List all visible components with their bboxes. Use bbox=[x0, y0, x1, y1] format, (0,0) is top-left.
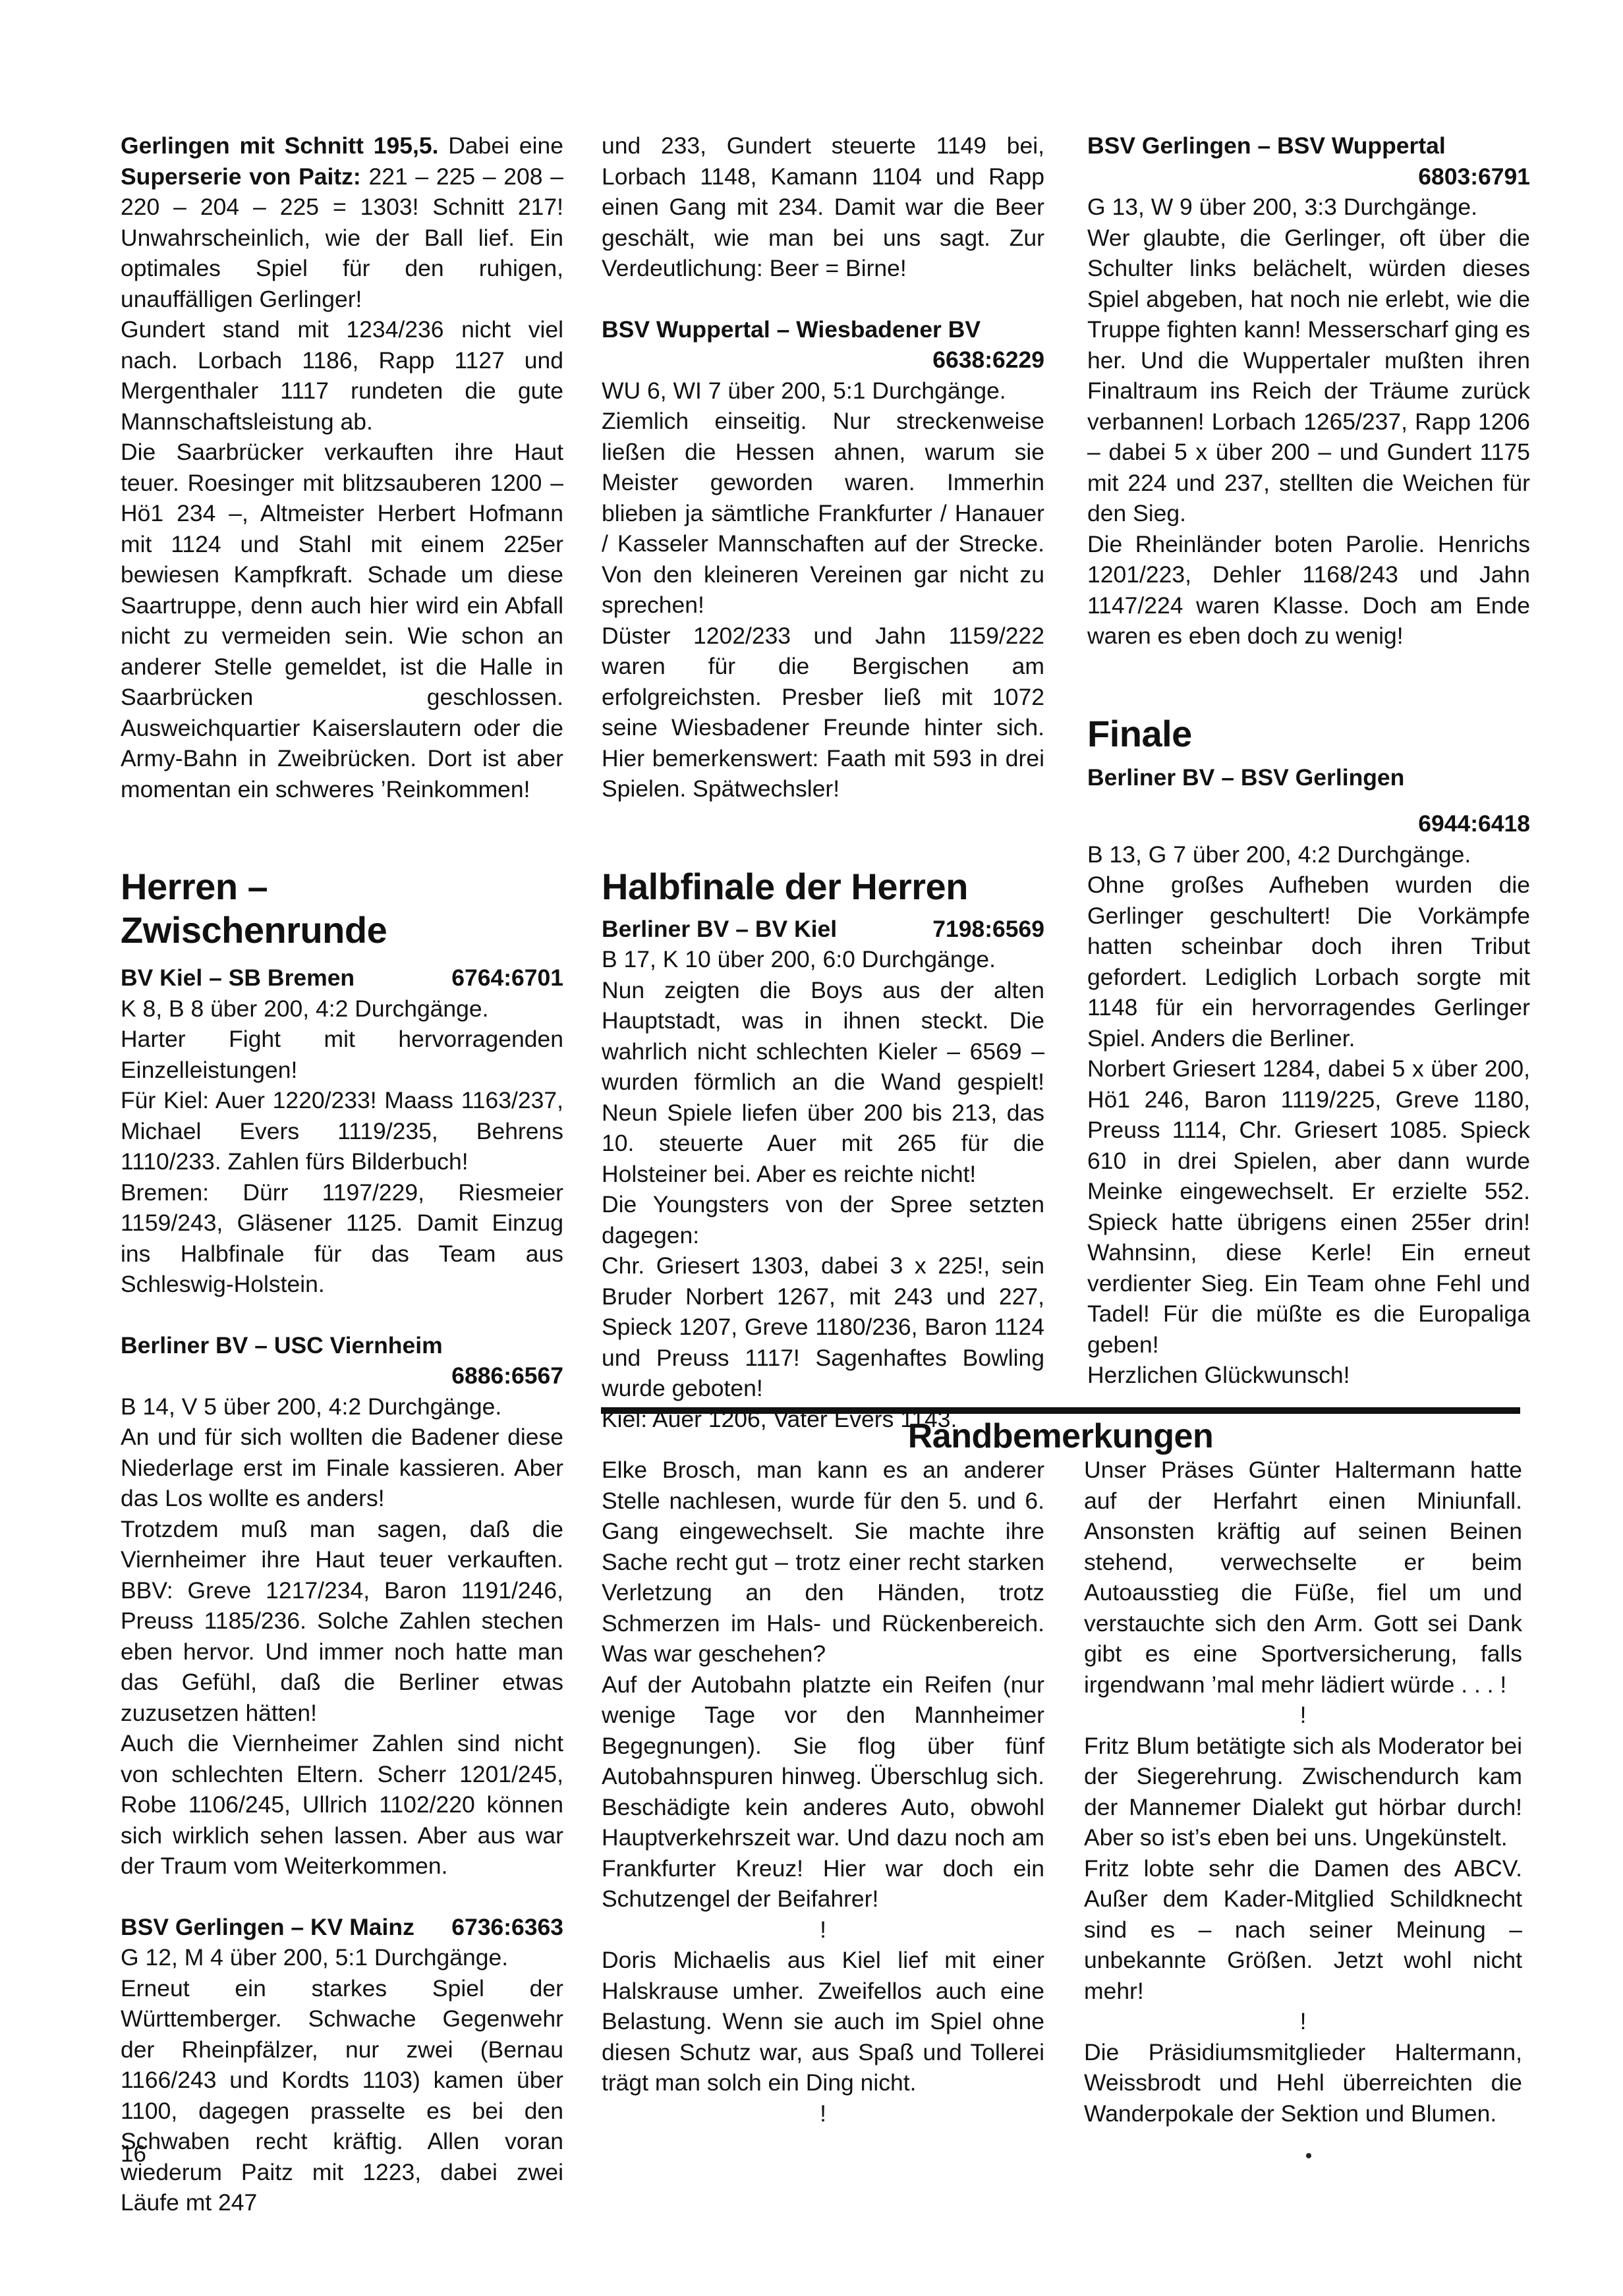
match-teams: BSV Gerlingen – KV Mainz bbox=[121, 1912, 414, 1943]
exclamation-separator: ! bbox=[602, 1915, 1044, 1946]
match-header: Berliner BV – BV Kiel7198:6569 bbox=[602, 914, 1044, 945]
paragraph: Doris Michaelis aus Kiel lief mit einer … bbox=[602, 1945, 1044, 2098]
section-title-randbemerkungen: Randbemerkungen bbox=[601, 1415, 1520, 1457]
page-number: 16 bbox=[121, 2141, 146, 2168]
intro-paragraph: Gerlingen mit Schnitt 195,5. Dabei eine … bbox=[121, 130, 563, 314]
match-score: 6764:6701 bbox=[451, 963, 563, 994]
paragraph: Elke Brosch, man kann es an anderer Stel… bbox=[602, 1455, 1044, 1669]
paragraph: Unser Präses Günter Haltermann hatte auf… bbox=[1084, 1455, 1522, 1700]
column-2: und 233, Gundert steuerte 1149 bei, Lorb… bbox=[602, 130, 1044, 1434]
section-title-finale: Finale bbox=[1087, 712, 1530, 756]
paragraph: Fritz lobte sehr die Damen des ABCV. Auß… bbox=[1084, 1853, 1522, 2007]
match-stats: B 13, G 7 über 200, 4:2 Durchgänge. bbox=[1087, 839, 1530, 870]
match-teams: BSV Wuppertal – Wiesbadener BV bbox=[602, 314, 1044, 345]
match-score: 7198:6569 bbox=[932, 914, 1044, 945]
paragraph: Erneut ein starkes Spiel der Württemberg… bbox=[121, 1973, 563, 2218]
section-divider-rule bbox=[601, 1407, 1520, 1414]
paragraph: Fritz Blum betätigte sich als Moderator … bbox=[1084, 1731, 1522, 1853]
paragraph: Norbert Griesert 1284, dabei 5 x über 20… bbox=[1087, 1053, 1530, 1360]
ink-dot bbox=[1306, 2153, 1311, 2158]
match-stats: B 17, K 10 über 200, 6:0 Durchgänge. bbox=[602, 944, 1044, 975]
paragraph: Für Kiel: Auer 1220/233! Maass 1163/237,… bbox=[121, 1085, 563, 1177]
paragraph: Ziemlich einseitig. Nur streckenweise li… bbox=[602, 406, 1044, 621]
paragraph: Die Saarbrücker verkauften ihre Haut teu… bbox=[121, 437, 563, 804]
match-header: BSV Gerlingen – KV Mainz6736:6363 bbox=[121, 1912, 563, 1943]
paragraph: Gundert stand mit 1234/236 nicht viel na… bbox=[121, 314, 563, 437]
match-stats: B 14, V 5 über 200, 4:2 Durchgänge. bbox=[121, 1391, 563, 1422]
paragraph: Die Youngsters von der Spree setzten dag… bbox=[602, 1189, 1044, 1250]
randbemerkungen-left-column: Elke Brosch, man kann es an anderer Stel… bbox=[602, 1455, 1044, 2129]
exclamation-separator: ! bbox=[1084, 1700, 1522, 1731]
match-score: 6638:6229 bbox=[602, 345, 1044, 376]
paragraph: Bremen: Dürr 1197/229, Riesmeier 1159/24… bbox=[121, 1177, 563, 1300]
paragraph: Wer glaubte, die Gerlinger, oft über die… bbox=[1087, 223, 1530, 529]
paragraph: Ohne großes Aufheben wurden die Gerlinge… bbox=[1087, 870, 1530, 1053]
paragraph: An und für sich wollten die Badener dies… bbox=[121, 1422, 563, 1514]
paragraph: Chr. Griesert 1303, dabei 3 x 225!, sein… bbox=[602, 1250, 1044, 1404]
paragraph: und 233, Gundert steuerte 1149 bei, Lorb… bbox=[602, 130, 1044, 284]
paragraph: Harter Fight mit hervorragenden Einzelle… bbox=[121, 1024, 563, 1085]
match-stats: K 8, B 8 über 200, 4:2 Durchgänge. bbox=[121, 994, 563, 1024]
exclamation-separator: ! bbox=[602, 2098, 1044, 2129]
section-title-zwischenrunde: Herren –Zwischenrunde bbox=[121, 865, 563, 952]
section-title-halbfinale: Halbfinale der Herren bbox=[602, 865, 1044, 909]
match-header: BV Kiel – SB Bremen6764:6701 bbox=[121, 963, 563, 994]
match-score: 6736:6363 bbox=[451, 1912, 563, 1943]
paragraph: Die Präsidiumsmitglieder Haltermann, Wei… bbox=[1084, 2037, 1522, 2129]
intro-bold-1: Gerlingen mit Schnitt 195,5. bbox=[121, 132, 438, 159]
column-1: Gerlingen mit Schnitt 195,5. Dabei eine … bbox=[121, 130, 563, 2218]
paragraph: Trotzdem muß man sagen, daß die Viernhei… bbox=[121, 1514, 563, 1729]
match-teams: BV Kiel – SB Bremen bbox=[121, 963, 355, 994]
exclamation-separator: ! bbox=[1084, 2006, 1522, 2037]
match-teams: Berliner BV – BSV Gerlingen bbox=[1087, 762, 1530, 793]
match-teams: Berliner BV – USC Viernheim bbox=[121, 1330, 563, 1361]
paragraph: Die Rheinländer boten Parolie. Henrichs … bbox=[1087, 529, 1530, 652]
paragraph: Auch die Viernheimer Zahlen sind nicht v… bbox=[121, 1728, 563, 1882]
paragraph: Auf der Autobahn platzte ein Reifen (nur… bbox=[602, 1669, 1044, 1915]
match-stats: G 13, W 9 über 200, 3:3 Durchgänge. bbox=[1087, 192, 1530, 223]
match-stats: G 12, M 4 über 200, 5:1 Durchgänge. bbox=[121, 1942, 563, 1973]
match-teams: BSV Gerlingen – BSV Wuppertal bbox=[1087, 130, 1530, 161]
paragraph: Düster 1202/233 und Jahn 1159/222 waren … bbox=[602, 621, 1044, 804]
randbemerkungen-right-column: Unser Präses Günter Haltermann hatte auf… bbox=[1084, 1455, 1522, 2129]
match-stats: WU 6, WI 7 über 200, 5:1 Durchgänge. bbox=[602, 376, 1044, 406]
paragraph: Nun zeigten die Boys aus der alten Haupt… bbox=[602, 975, 1044, 1190]
match-score: 6886:6567 bbox=[121, 1360, 563, 1391]
paragraph: Herzlichen Glückwunsch! bbox=[1087, 1360, 1530, 1391]
intro-bold-2: Superserie von Paitz: bbox=[121, 163, 361, 190]
match-score: 6803:6791 bbox=[1087, 161, 1530, 192]
match-teams: Berliner BV – BV Kiel bbox=[602, 914, 837, 945]
match-score: 6944:6418 bbox=[1087, 808, 1530, 839]
column-3: BSV Gerlingen – BSV Wuppertal 6803:6791 … bbox=[1087, 130, 1530, 1391]
